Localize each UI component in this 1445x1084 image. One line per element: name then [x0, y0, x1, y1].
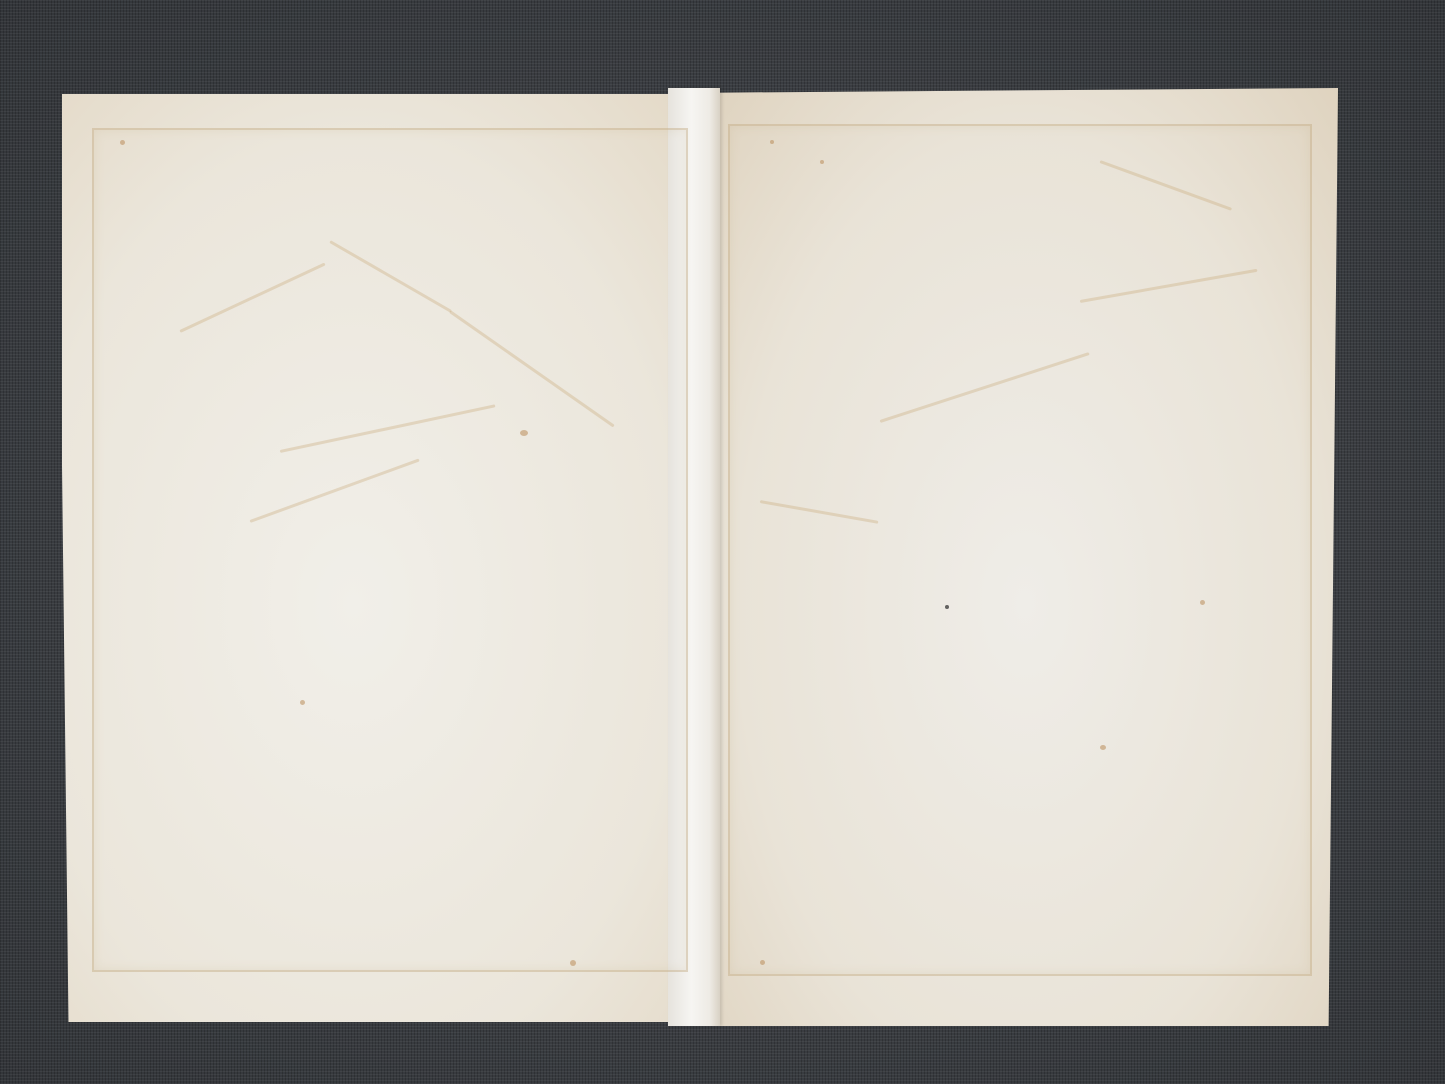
foxing-spot [120, 140, 125, 145]
right-printed-border [728, 124, 1312, 976]
foxing-spot [1200, 600, 1205, 605]
foxing-spot [570, 960, 576, 966]
foxing-spot [1100, 745, 1106, 750]
foxing-spot [300, 700, 305, 705]
foxing-spot [945, 605, 949, 609]
foxing-spot [820, 160, 824, 164]
foxing-spot [770, 140, 774, 144]
foxing-spot [760, 960, 765, 965]
left-printed-border [92, 128, 688, 972]
foxing-spot [520, 430, 528, 436]
